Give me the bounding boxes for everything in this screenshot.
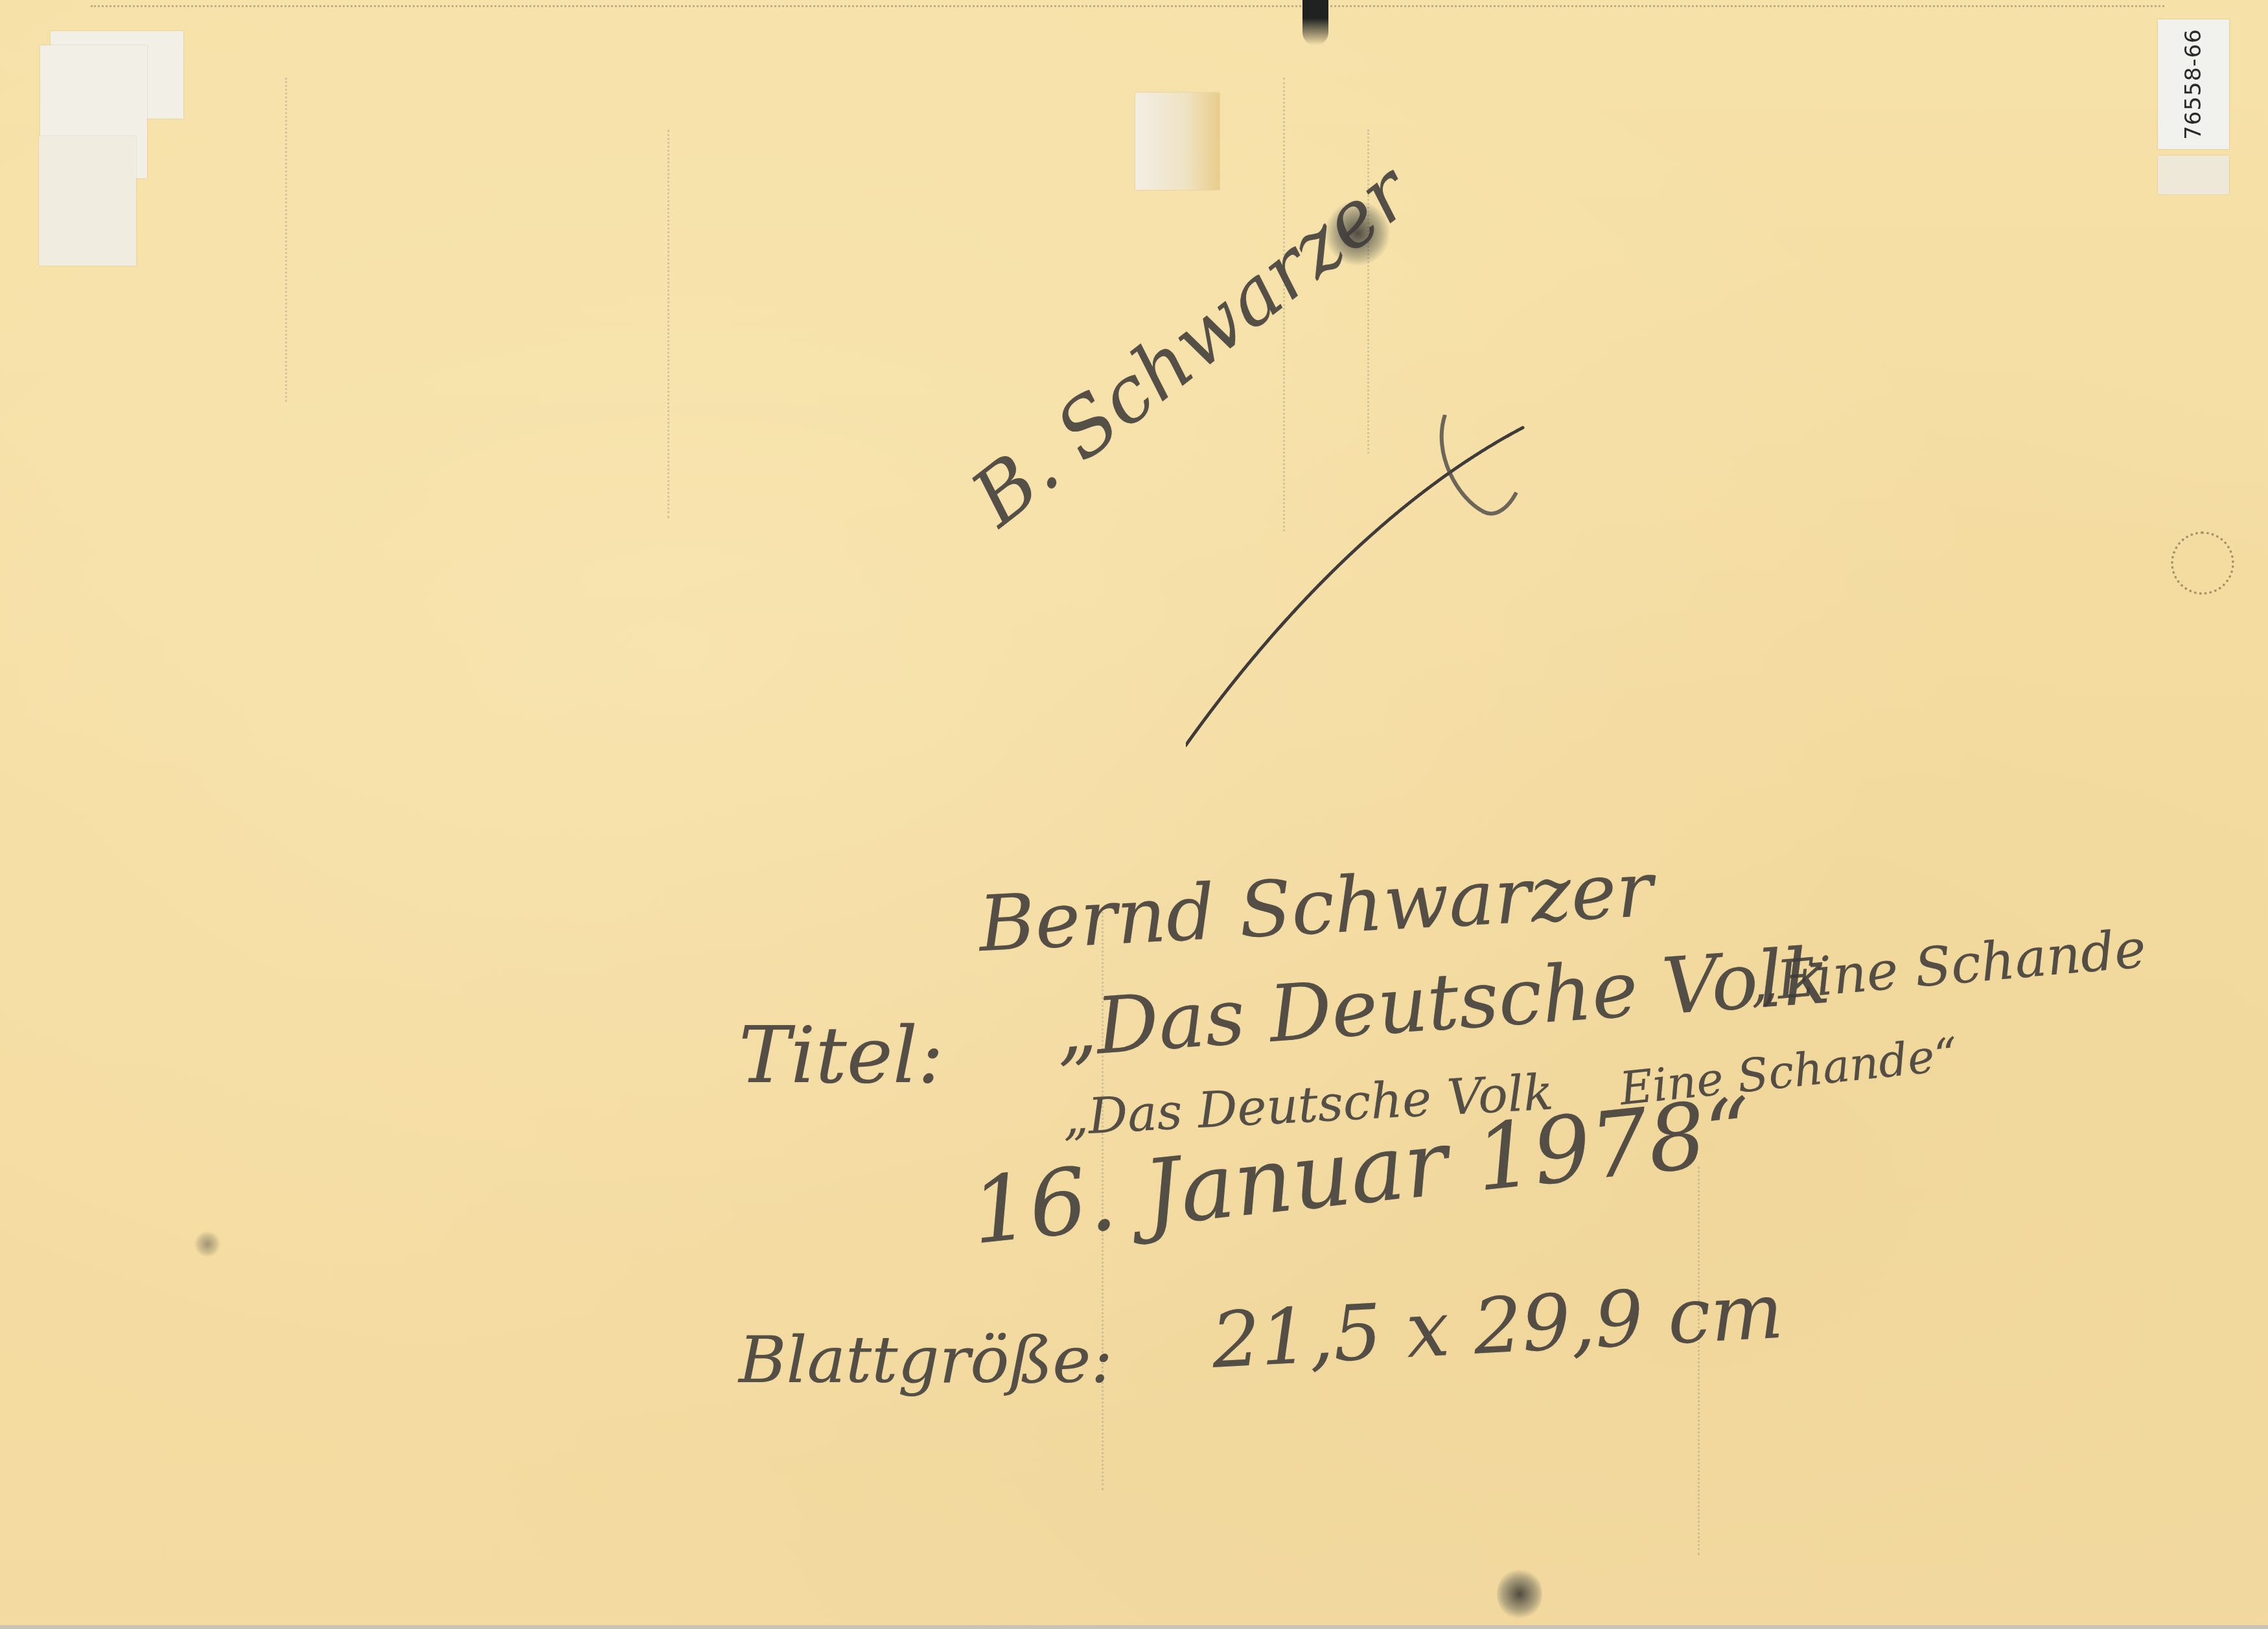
- sheet-size-label: Blattgröße:: [739, 1322, 1113, 1398]
- graphite-spot-left: [194, 1231, 220, 1257]
- signature-underline-stroke: [1186, 415, 1549, 752]
- tape-top-left-lower: [39, 136, 136, 266]
- title-label: Titel:: [739, 1011, 943, 1101]
- ink-spot-bottom: [1497, 1568, 1542, 1620]
- ink-drip-top-edge: [1302, 0, 1328, 45]
- tape-top-right-lower: [2158, 156, 2229, 194]
- inventory-number: 76558-66: [2181, 29, 2206, 140]
- paper-bottom-edge: [0, 1625, 2268, 1629]
- inventory-label-text-wrap: 76558-66: [2158, 19, 2229, 149]
- show-through-line: [285, 78, 287, 402]
- tape-top-center: [1135, 93, 1220, 190]
- show-through-line: [1698, 1166, 1700, 1555]
- paper-verso: [0, 0, 2268, 1629]
- fingerprint-right-edge: [2171, 531, 2234, 595]
- show-through-line: [667, 130, 669, 518]
- paper-top-edge: [91, 5, 2164, 11]
